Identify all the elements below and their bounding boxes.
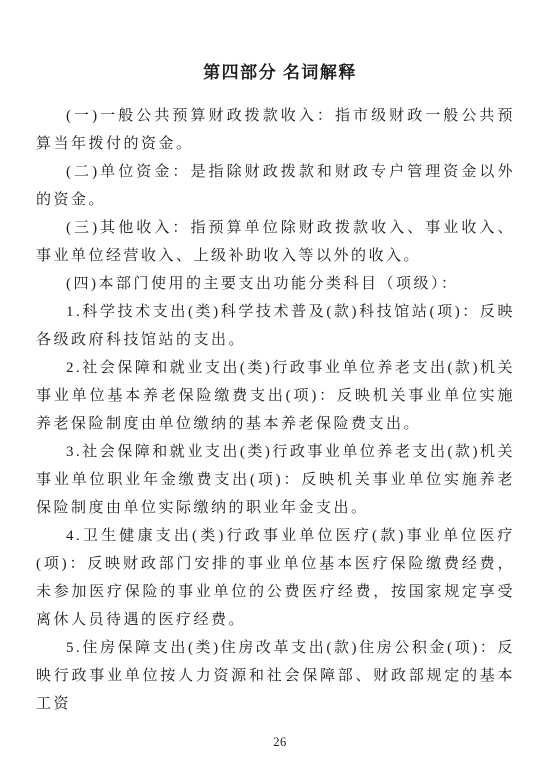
body-paragraph: 5.住房保障支出(类)住房改革支出(款)住房公积金(项)：反映行政事业单位按人力…	[36, 634, 515, 718]
body-paragraph: (一)一般公共预算财政拨款收入：指市级财政一般公共预算当年拨付的资金。	[36, 102, 515, 158]
document-body: (一)一般公共预算财政拨款收入：指市级财政一般公共预算当年拨付的资金。(二)单位…	[0, 102, 560, 718]
page-number: 26	[0, 734, 560, 750]
body-paragraph: 1.科学技术支出(类)科学技术普及(款)科技馆站(项)：反映各级政府科技馆站的支…	[36, 298, 515, 354]
body-paragraph: (二)单位资金：是指除财政拨款和财政专户管理资金以外的资金。	[36, 158, 515, 214]
document-page: 第四部分 名词解释 (一)一般公共预算财政拨款收入：指市级财政一般公共预算当年拨…	[0, 0, 560, 765]
body-paragraph: 4.卫生健康支出(类)行政事业单位医疗(款)事业单位医疗(项)：反映财政部门安排…	[36, 522, 515, 634]
body-paragraph: 3.社会保障和就业支出(类)行政事业单位养老支出(款)机关事业单位职业年金缴费支…	[36, 438, 515, 522]
body-paragraph: (三)其他收入：指预算单位除财政拨款收入、事业收入、事业单位经营收入、上级补助收…	[36, 214, 515, 270]
body-paragraph: 2.社会保障和就业支出(类)行政事业单位养老支出(款)机关事业单位基本养老保险缴…	[36, 354, 515, 438]
page-title: 第四部分 名词解释	[0, 61, 560, 85]
body-paragraph: (四)本部门使用的主要支出功能分类科目（项级）：	[36, 270, 515, 298]
